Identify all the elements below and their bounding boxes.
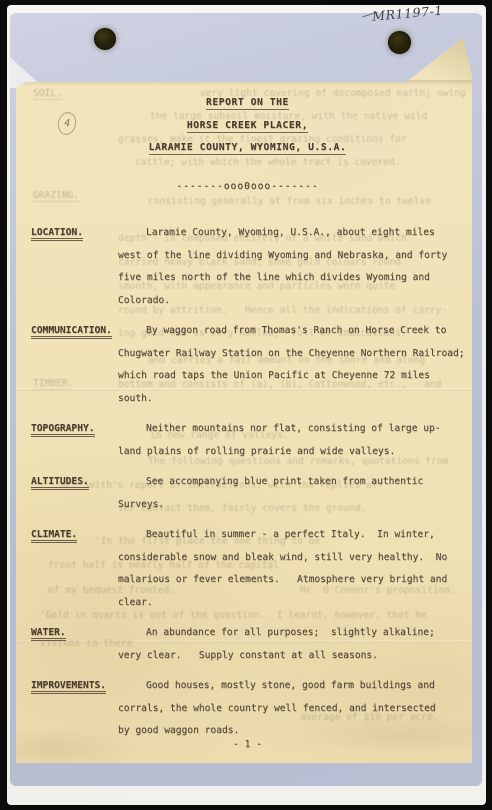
report-section: TOPOGRAPHY.Neither mountains nor flat, c…: [31, 418, 464, 463]
section-line: west of the line dividing Wyoming and Ne…: [118, 245, 464, 268]
document-title: REPORT ON THE HORSE CREEK PLACER, LARAMI…: [31, 92, 464, 160]
report-section: ALTITUDES.See accompanying blue print ta…: [31, 471, 464, 516]
section-label: CLIMATE.: [31, 524, 77, 547]
section-line: Chugwater Railway Station on the Cheyenn…: [118, 343, 464, 366]
document-page: SOIL.very light covering of decomposed e…: [16, 36, 472, 763]
separator-ornament: -------ooo0ooo-------: [31, 176, 464, 199]
report-section: LOCATION.Laramie County, Wyoming, U.S.A.…: [31, 222, 464, 312]
section-line: Colorado.: [118, 290, 464, 313]
punch-hole-left: [94, 28, 116, 50]
section-label: LOCATION.: [31, 222, 83, 245]
report-sections: LOCATION.Laramie County, Wyoming, U.S.A.…: [31, 222, 464, 743]
section-line: Beautiful in summer - a perfect Italy. I…: [118, 524, 464, 547]
report-section: IMPROVEMENTS.Good houses, mostly stone, …: [31, 675, 464, 743]
title-line: HORSE CREEK PLACER,: [31, 115, 464, 138]
section-line: Neither mountains nor flat, consisting o…: [118, 418, 464, 441]
section-line: An abundance for all purposes; slightly …: [118, 622, 464, 645]
section-line: very clear. Supply constant at all seaso…: [118, 645, 464, 668]
section-line: land plains of rolling prairie and wide …: [118, 441, 464, 464]
section-line: considerable snow and bleak wind, still …: [118, 547, 464, 570]
section-label: TOPOGRAPHY.: [31, 418, 95, 441]
section-line: By waggon road from Thomas's Ranch on Ho…: [118, 320, 464, 343]
section-line: Surveys.: [118, 494, 464, 517]
section-line: clear.: [118, 592, 464, 615]
section-line: by good waggon roads.: [118, 720, 464, 743]
section-line: which road taps the Union Pacific at Che…: [118, 365, 464, 388]
report-section: WATER.An abundance for all purposes; sli…: [31, 622, 464, 667]
section-label: WATER.: [31, 622, 66, 645]
title-line: LARAMIE COUNTY, WYOMING, U.S.A.: [31, 137, 464, 160]
section-line: south.: [118, 388, 464, 411]
section-line: five miles north of the line which divid…: [118, 267, 464, 290]
section-label: IMPROVEMENTS.: [31, 675, 106, 698]
punch-hole-right: [388, 31, 411, 54]
report-section: CLIMATE.Beautiful in summer - a perfect …: [31, 524, 464, 614]
photo-frame: MR1197-1 SOIL.very light covering of dec…: [0, 0, 492, 810]
section-label: COMMUNICATION.: [31, 320, 112, 343]
typed-report: REPORT ON THE HORSE CREEK PLACER, LARAMI…: [16, 36, 472, 763]
section-label: ALTITUDES.: [31, 471, 89, 494]
section-line: corrals, the whole country well fenced, …: [118, 698, 464, 721]
section-line: Laramie County, Wyoming, U.S.A., about e…: [118, 222, 464, 245]
report-section: COMMUNICATION.By waggon road from Thomas…: [31, 320, 464, 410]
section-line: See accompanying blue print taken from a…: [118, 471, 464, 494]
section-line: Good houses, mostly stone, good farm bui…: [118, 675, 464, 698]
title-line: REPORT ON THE: [31, 92, 464, 115]
section-line: malarious or fever elements. Atmosphere …: [118, 569, 464, 592]
